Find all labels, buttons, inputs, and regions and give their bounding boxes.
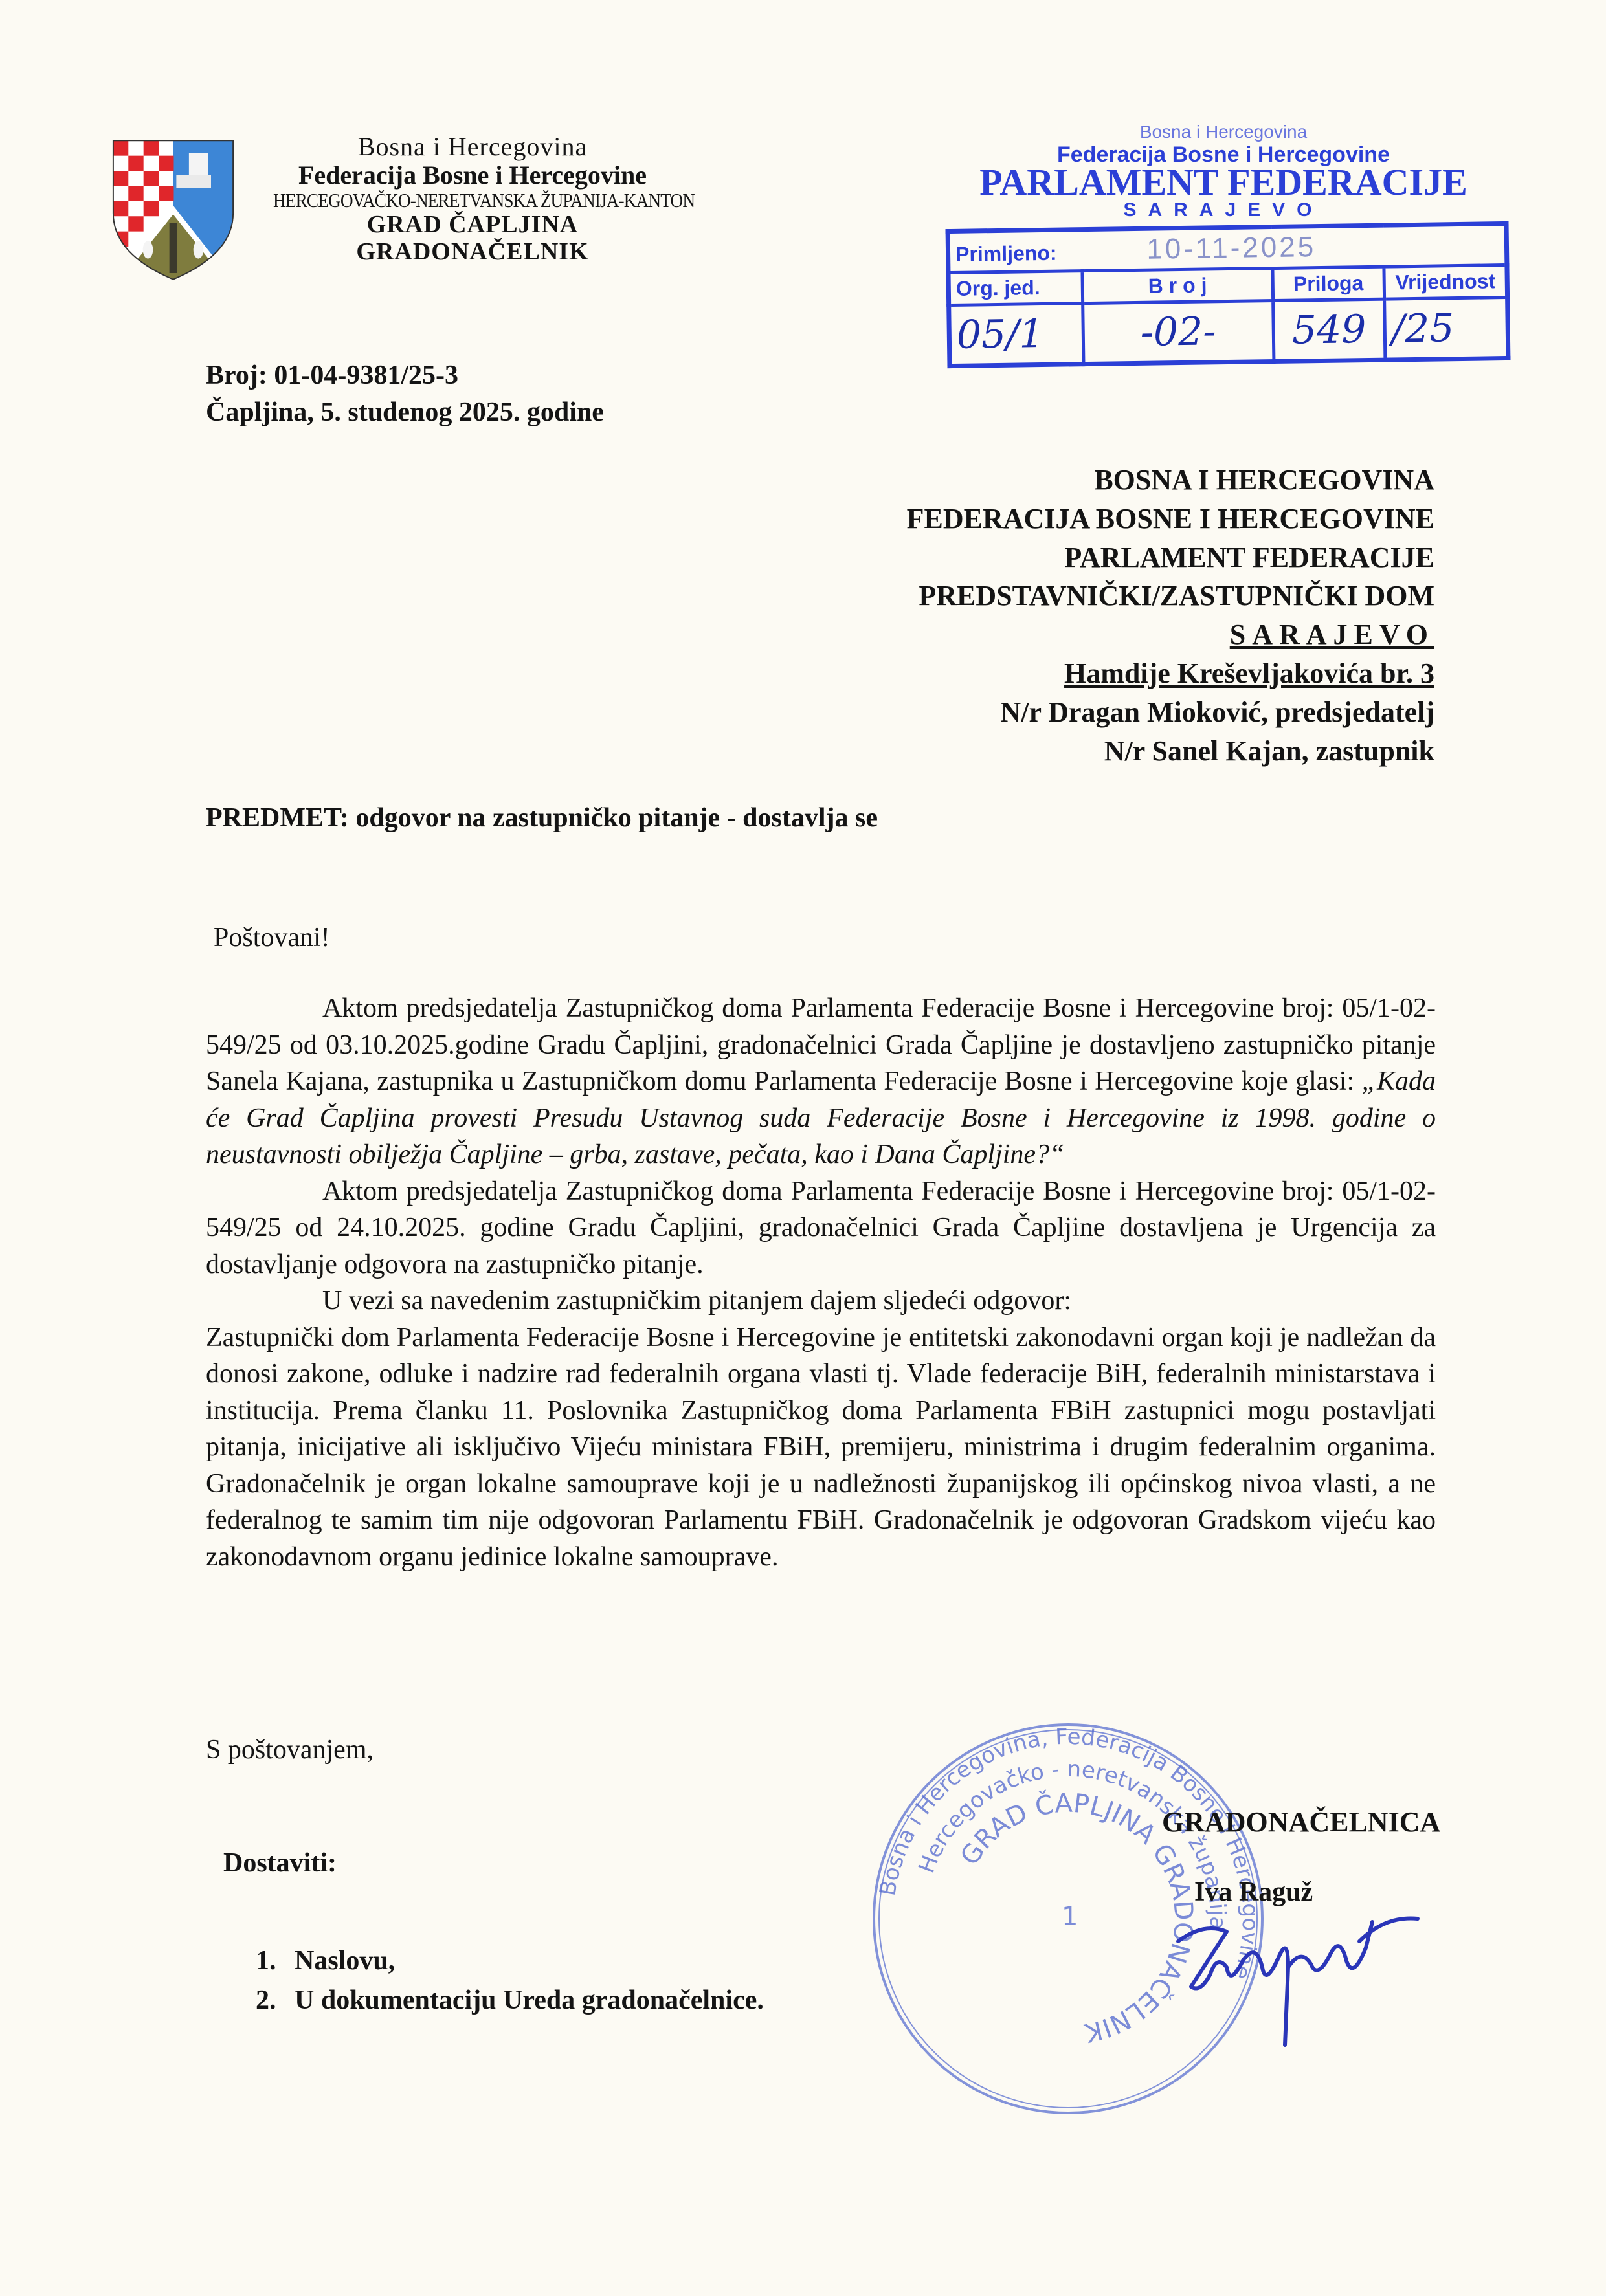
subject-label: PREDMET:: [206, 803, 349, 833]
reference-number: Broj: 01-04-9381/25-3: [206, 357, 604, 394]
subject-text: odgovor na zastupničko pitanje - dostavl…: [355, 803, 878, 833]
addressee-attention-1: N/r Dragan Mioković, predsjedatelj: [907, 693, 1434, 732]
letterhead-country: Bosna i Hercegovina: [246, 133, 699, 161]
receipt-stamp: Bosna i Hercegovina Federacija Bosne i H…: [932, 116, 1515, 388]
stamp-line-city: SARAJEVO: [932, 199, 1515, 221]
addressee-street: Hamdije Kreševljakovića br. 3: [1064, 657, 1434, 689]
addressee-attention-2: N/r Sanel Kajan, zastupnik: [907, 732, 1434, 771]
stamp-col-priloga: Priloga: [1272, 267, 1384, 300]
stamp-col-vrijednost: Vrijednost: [1384, 265, 1508, 299]
letter-body: Aktom predsjedatelja Zastupničkog doma P…: [206, 990, 1436, 1575]
body-paragraph-1: Aktom predsjedatelja Zastupničkog doma P…: [206, 990, 1436, 1173]
stamp-col-org: Org. jed.: [948, 271, 1083, 305]
closing: S poštovanjem,: [206, 1734, 374, 1765]
handwritten-signature-icon: [1165, 1896, 1437, 2051]
delivery-label: Dostaviti:: [223, 1848, 337, 1879]
body-paragraph-2: Aktom predsjedatelja Zastupničkog doma P…: [206, 1173, 1436, 1283]
subject-line: PREDMET: odgovor na zastupničko pitanje …: [206, 802, 878, 833]
stamp-received-row: Primljeno: 10-11-2025: [948, 223, 1507, 272]
city-coat-of-arms-icon: [110, 137, 236, 283]
stamp-val-org: 05/1: [949, 304, 1084, 366]
stamp-table: Primljeno: 10-11-2025 Org. jed. B r o j …: [946, 221, 1511, 368]
document-reference: Broj: 01-04-9381/25-3 Čapljina, 5. stude…: [206, 357, 604, 430]
body-paragraph-1-text: Aktom predsjedatelja Zastupničkog doma P…: [206, 993, 1436, 1096]
delivery-item: 2.U dokumentaciju Ureda gradonačelnice.: [256, 1981, 764, 2020]
stamp-line-parliament: PARLAMENT FEDERACIJE: [932, 160, 1515, 204]
body-paragraph-3: U vezi sa navedenim zastupničkim pitanje…: [206, 1283, 1436, 1319]
addressee-city: SARAJEVO: [1230, 619, 1434, 650]
addressee-line: BOSNA I HERCEGOVINA: [907, 461, 1434, 500]
stamp-received-label: Primljeno:: [955, 241, 1057, 266]
letterhead: Bosna i Hercegovina Federacija Bosne i H…: [246, 133, 699, 266]
stamp-val-vrijednost: /25: [1385, 297, 1508, 360]
letterhead-canton: HERCEGOVAČKO-NERETVANSKA ŽUPANIJA-KANTON: [273, 190, 672, 212]
stamp-received-date: 10-11-2025: [1146, 231, 1316, 265]
svg-text:1: 1: [1062, 1902, 1078, 1932]
letterhead-city: GRAD ČAPLJINA: [246, 212, 699, 239]
addressee-line: FEDERACIJA BOSNE I HERCEGOVINE: [907, 500, 1434, 538]
greeting: Poštovani!: [214, 922, 330, 953]
signatory-title: GRADONAČELNICA: [1162, 1805, 1440, 1838]
body-paragraph-4: Zastupnički dom Parlamenta Federacije Bo…: [206, 1319, 1436, 1576]
stamp-val-priloga: 549: [1273, 299, 1385, 361]
delivery-item: 1.Naslovu,: [256, 1941, 764, 1981]
letterhead-office: GRADONAČELNIK: [246, 239, 699, 266]
place-date: Čapljina, 5. studenog 2025. godine: [206, 394, 604, 431]
stamp-line-country: Bosna i Hercegovina: [932, 122, 1515, 142]
letterhead-entity: Federacija Bosne i Hercegovine: [246, 161, 699, 190]
stamp-col-broj: B r o j: [1082, 269, 1273, 304]
addressee-line: PREDSTAVNIČKI/ZASTUPNIČKI DOM: [907, 577, 1434, 615]
addressee-block: BOSNA I HERCEGOVINA FEDERACIJA BOSNE I H…: [907, 461, 1434, 771]
addressee-line: PARLAMENT FEDERACIJE: [907, 538, 1434, 577]
delivery-list: 1.Naslovu, 2.U dokumentaciju Ureda grado…: [256, 1941, 764, 2020]
stamp-val-broj: -02-: [1083, 301, 1274, 364]
